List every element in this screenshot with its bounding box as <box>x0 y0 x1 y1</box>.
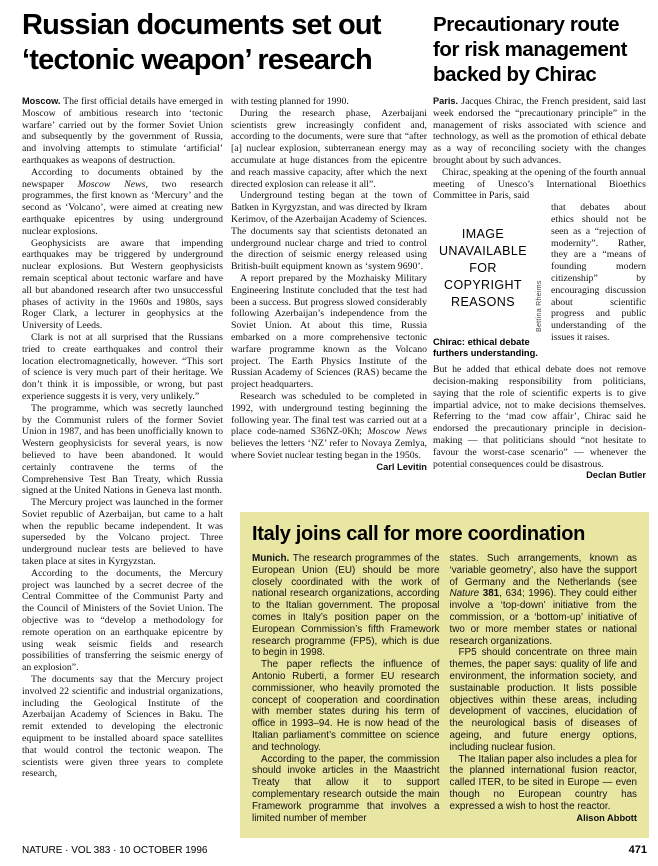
paragraph: The documents say that the Mercury proje… <box>22 674 223 780</box>
headline-line: for risk management <box>433 37 648 62</box>
paragraph: During the research phase, Azerbaijani s… <box>231 108 427 191</box>
article-byline: Alison Abbott <box>567 813 637 825</box>
paragraph: The paper reflects the influence of Anto… <box>252 659 440 753</box>
paragraph: But he added that ethical debate does no… <box>433 364 646 470</box>
paragraph: The Mercury project was launched in the … <box>22 497 223 568</box>
paragraph: A report prepared by the Mozhaisky Milit… <box>231 273 427 391</box>
headline-line: ‘tectonic weapon’ research <box>22 43 430 78</box>
paragraph: Research was scheduled to be completed i… <box>231 391 427 462</box>
paragraph: Chirac, speaking at the opening of the f… <box>433 167 646 202</box>
left-article-column-1: Moscow. The first official details have … <box>22 96 223 842</box>
paragraph: Paris. Jacques Chirac, the French presid… <box>433 96 646 167</box>
right-article-intro: Paris. Jacques Chirac, the French presid… <box>433 96 646 202</box>
right-article-conclusion: But he added that ethical debate does no… <box>433 361 646 470</box>
italy-article-columns: Munich. The research programmes of the E… <box>252 553 637 824</box>
right-article-body: Paris. Jacques Chirac, the French presid… <box>433 96 646 512</box>
headline-line: backed by Chirac <box>433 62 648 87</box>
article-byline: Carl Levitin <box>367 462 427 474</box>
photo-credit: Bettina Rheims <box>534 204 546 332</box>
headline-line: Russian documents set out <box>22 8 430 43</box>
page-footer: NATURE · VOL 383 · 10 OCTOBER 1996 471 <box>22 844 647 856</box>
left-article-column-2: with testing planned for 1990.During the… <box>231 96 427 512</box>
paragraph: The programme, which was secretly launch… <box>22 403 223 497</box>
article-byline: Declan Butler <box>586 470 646 482</box>
paragraph: According to the paper, the commission s… <box>252 754 440 825</box>
paragraph: Geophysicists are aware that impending e… <box>22 238 223 332</box>
paragraph: Clark is not at all surprised that the R… <box>22 332 223 403</box>
image-placeholder-block: IMAGE UNAVAILABLE FOR COPYRIGHT REASONS … <box>433 204 545 359</box>
paragraph: states. Such arrangements, known as ‘var… <box>450 553 638 647</box>
right-article-headline: Precautionary route for risk management … <box>433 12 648 87</box>
italy-article-box: Italy joins call for more coordination M… <box>240 512 649 838</box>
paragraph: FP5 should concentrate on three main the… <box>450 647 638 753</box>
page-number: 471 <box>629 844 647 856</box>
left-article-headline: Russian documents set out ‘tectonic weap… <box>22 8 430 78</box>
paragraph: Munich. The research programmes of the E… <box>252 553 440 659</box>
paragraph: Underground testing began at the town of… <box>231 190 427 273</box>
image-unavailable-placeholder: IMAGE UNAVAILABLE FOR COPYRIGHT REASONS <box>433 204 533 332</box>
paragraph: The Italian paper also includes a plea f… <box>450 754 638 813</box>
paragraph: with testing planned for 1990. <box>231 96 427 108</box>
image-caption: Chirac: ethical debate furthers understa… <box>433 337 541 359</box>
paragraph: According to the documents, the Mercury … <box>22 568 223 674</box>
headline-line: Precautionary route <box>433 12 648 37</box>
italy-column-1: Munich. The research programmes of the E… <box>252 553 440 824</box>
italy-article-headline: Italy joins call for more coordination <box>252 522 637 546</box>
journal-volume-date: NATURE · VOL 383 · 10 OCTOBER 1996 <box>22 845 207 856</box>
italy-column-2: states. Such arrangements, known as ‘var… <box>450 553 638 824</box>
paragraph: Moscow. The first official details have … <box>22 96 223 167</box>
journal-page: Russian documents set out ‘tectonic weap… <box>0 0 658 866</box>
paragraph: According to documents obtained by the n… <box>22 167 223 238</box>
